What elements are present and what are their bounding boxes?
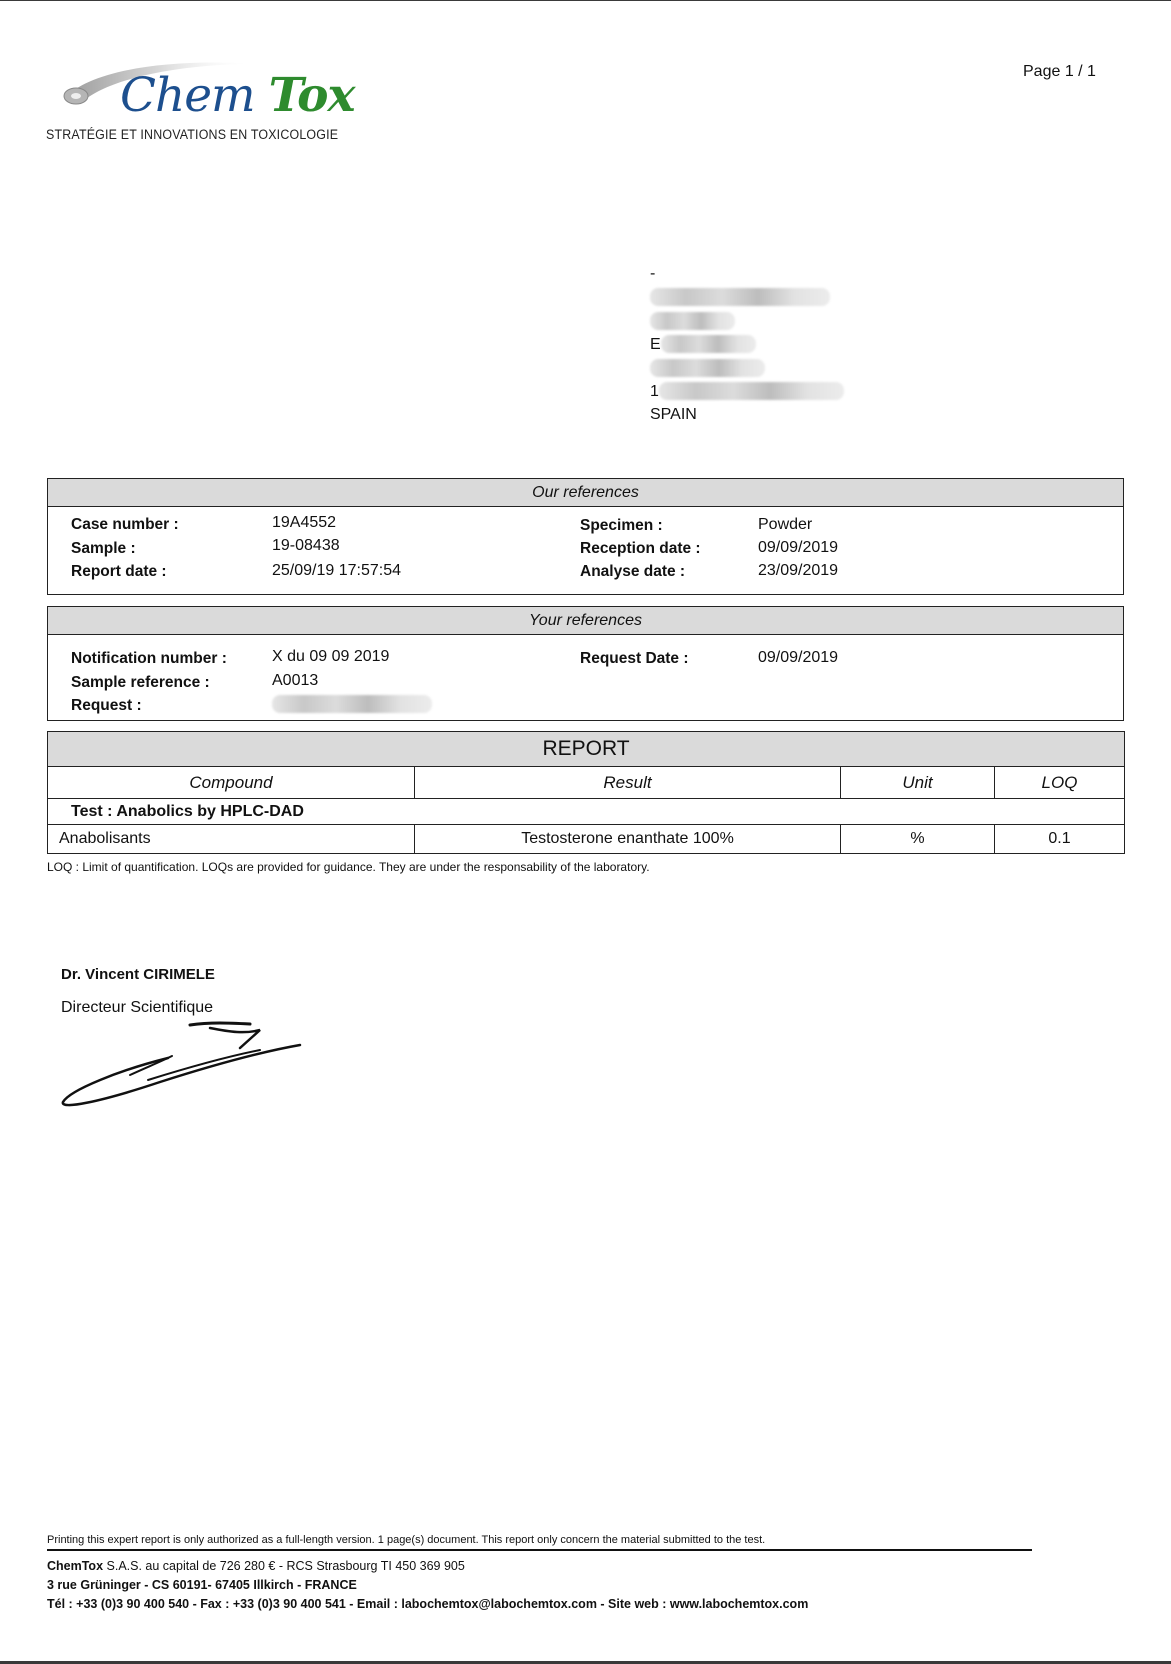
notification-number-value: X du 09 09 2019: [272, 648, 389, 666]
report-date-label: Report date :: [71, 563, 167, 581]
request-value-redacted: [272, 695, 432, 713]
sample-reference-value: A0013: [272, 672, 318, 690]
notification-number-label: Notification number :: [71, 650, 227, 668]
address-line-redacted: [650, 356, 844, 380]
analyse-date-value: 23/09/2019: [758, 562, 838, 580]
column-header-result: Result: [415, 767, 841, 799]
footer-divider: [47, 1549, 1032, 1551]
case-number-value: 19A4552: [272, 514, 336, 532]
request-date-label: Request Date :: [580, 650, 689, 668]
logo-wordmark: Chem Tox: [120, 72, 355, 119]
address-line: -: [650, 262, 844, 286]
signatory-name: Dr. Vincent CIRIMELE: [61, 966, 215, 983]
footer-contact: Tél : +33 (0)3 90 400 540 - Fax : +33 (0…: [47, 1597, 808, 1611]
loq-note: LOQ : Limit of quantification. LOQs are …: [47, 860, 650, 874]
column-header-compound: Compound: [48, 767, 415, 799]
address-line: E: [650, 333, 844, 357]
your-references-box: Your references Notification number : X …: [47, 606, 1124, 721]
report-date-value: 25/09/19 17:57:54: [272, 562, 401, 580]
reception-date-value: 09/09/2019: [758, 539, 838, 557]
table-row: Anabolisants Testosterone enanthate 100%…: [48, 825, 1125, 854]
page-indicator: Page 1 / 1: [1023, 63, 1096, 81]
case-number-label: Case number :: [71, 516, 179, 534]
footer-disclaimer: Printing this expert report is only auth…: [47, 1534, 765, 1546]
our-references-box: Our references Case number : 19A4552 Sam…: [47, 478, 1124, 595]
chemtox-logo: Chem Tox STRATÉGIE ET INNOVATIONS EN TOX…: [46, 60, 366, 150]
sample-label: Sample :: [71, 540, 136, 558]
analyse-date-label: Analyse date :: [580, 563, 685, 581]
address-line-redacted: [650, 286, 844, 310]
reception-date-label: Reception date :: [580, 540, 701, 558]
result-cell: Testosterone enanthate 100%: [415, 825, 841, 854]
our-references-title: Our references: [48, 479, 1123, 507]
report-table: REPORT Compound Result Unit LOQ Test : A…: [47, 731, 1125, 854]
signatory-title: Directeur Scientifique: [61, 999, 213, 1017]
address-country: SPAIN: [650, 403, 844, 427]
specimen-label: Specimen :: [580, 517, 663, 535]
loq-cell: 0.1: [995, 825, 1125, 854]
footer-address: 3 rue Grüninger - CS 60191- 67405 Illkir…: [47, 1578, 357, 1592]
compound-cell: Anabolisants: [48, 825, 415, 854]
test-method-label: Test : Anabolics by HPLC-DAD: [48, 799, 1125, 825]
report-title: REPORT: [48, 732, 1125, 767]
your-references-title: Your references: [48, 607, 1123, 635]
column-header-unit: Unit: [841, 767, 995, 799]
column-header-loq: LOQ: [995, 767, 1125, 799]
request-label: Request :: [71, 697, 142, 715]
address-line-redacted: [650, 309, 844, 333]
handwritten-signature-icon: [60, 1020, 310, 1110]
request-date-value: 09/09/2019: [758, 649, 838, 667]
logo-tagline: STRATÉGIE ET INNOVATIONS EN TOXICOLOGIE: [46, 127, 338, 142]
page-top-edge: [0, 0, 1171, 1]
specimen-value: Powder: [758, 516, 812, 534]
address-line: 1: [650, 380, 844, 404]
sample-reference-label: Sample reference :: [71, 674, 210, 692]
unit-cell: %: [841, 825, 995, 854]
footer-company: ChemTox S.A.S. au capital de 726 280 € -…: [47, 1559, 465, 1573]
recipient-address: - E 1 SPAIN: [650, 262, 844, 427]
sample-value: 19-08438: [272, 537, 340, 555]
